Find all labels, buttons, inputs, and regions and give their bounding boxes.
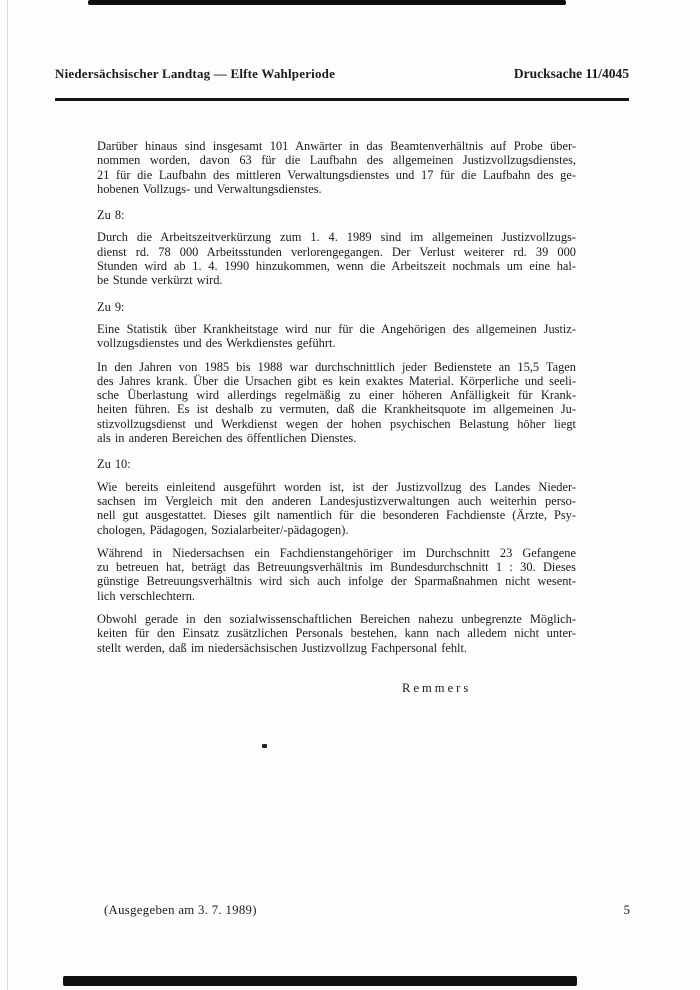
text-line: hobenen Vollzugs- und Verwaltungsdienste… [97,182,576,196]
paragraph: Während in Niedersachsen ein Fachdiensta… [97,546,576,603]
text-line: chologen, Pädagogen, Sozialarbeiter/-päd… [97,523,576,537]
paragraph: In den Jahren von 1985 bis 1988 war durc… [97,360,576,446]
text-line: sche Überlastung wird allerdings regelmä… [97,388,576,402]
ink-speck [262,744,267,748]
section-heading: Zu 8: [97,208,576,222]
text-line: vollzugsdienstes und des Werkdienstes ge… [97,336,576,350]
paragraph: Obwohl gerade in den sozialwissenschaftl… [97,612,576,655]
document-body: Darüber hinaus sind insgesamt 101 Anwärt… [97,139,576,664]
scan-bar-top [88,0,566,5]
text-line: be Stunde verkürzt wird. [97,273,576,287]
text-line: Stunden wird ab 1. 4. 1990 hinzukommen, … [97,259,576,273]
header-publication-title: Niedersächsischer Landtag — Elfte Wahlpe… [55,66,335,82]
text-line: In den Jahren von 1985 bis 1988 war durc… [97,360,576,374]
text-line: keiten für den Einsatz zusätzlichen Pers… [97,626,576,640]
text-line: Während in Niedersachsen ein Fachdiensta… [97,546,576,560]
header-rule [55,98,629,101]
paragraph: Eine Statistik über Krankheitstage wird … [97,322,576,351]
paragraph: Durch die Arbeitszeitverkürzung zum 1. 4… [97,230,576,287]
signature-name: Remmers [402,681,471,696]
text-line: günstige Betreuungsverhältnis wird sich … [97,574,576,588]
text-line: zu betreuen hat, beträgt das Betreuungsv… [97,560,576,574]
header-document-number: Drucksache 11/4045 [514,66,629,82]
text-line: sachsen im Vergleich mit den anderen Lan… [97,494,576,508]
text-line: als in anderen Bereichen des öffentliche… [97,431,576,445]
page-number: 5 [624,903,630,918]
paragraph: Darüber hinaus sind insgesamt 101 Anwärt… [97,139,576,196]
text-line: dienst rd. 78 000 Arbeitsstunden verlore… [97,245,576,259]
text-line: des Jahres krank. Über die Ursachen gibt… [97,374,576,388]
section-heading: Zu 9: [97,300,576,314]
text-line: Darüber hinaus sind insgesamt 101 Anwärt… [97,139,576,153]
text-line: heiten führen. Es ist deshalb zu vermute… [97,402,576,416]
text-line: nell gut ausgestattet. Dieses gilt namen… [97,508,576,522]
section-heading: Zu 10: [97,457,576,471]
scan-edge-line [7,0,8,990]
text-line: Wie bereits einleitend ausgeführt worden… [97,480,576,494]
text-line: stizvollzugsdienst und Werkdienst wegen … [97,417,576,431]
text-line: stellt werden, daß im niedersächsischen … [97,641,576,655]
scan-bar-bottom [63,976,577,986]
text-line: Obwohl gerade in den sozialwissenschaftl… [97,612,576,626]
text-line: Eine Statistik über Krankheitstage wird … [97,322,576,336]
document-page: Niedersächsischer Landtag — Elfte Wahlpe… [0,0,700,990]
text-line: lich verschlechtern. [97,589,576,603]
text-line: Durch die Arbeitszeitverkürzung zum 1. 4… [97,230,576,244]
text-line: nommen worden, davon 63 für die Laufbahn… [97,153,576,167]
text-line: 21 für die Laufbahn des mittleren Verwal… [97,168,576,182]
paragraph: Wie bereits einleitend ausgeführt worden… [97,480,576,537]
footer-issued-date: (Ausgegeben am 3. 7. 1989) [104,903,257,918]
